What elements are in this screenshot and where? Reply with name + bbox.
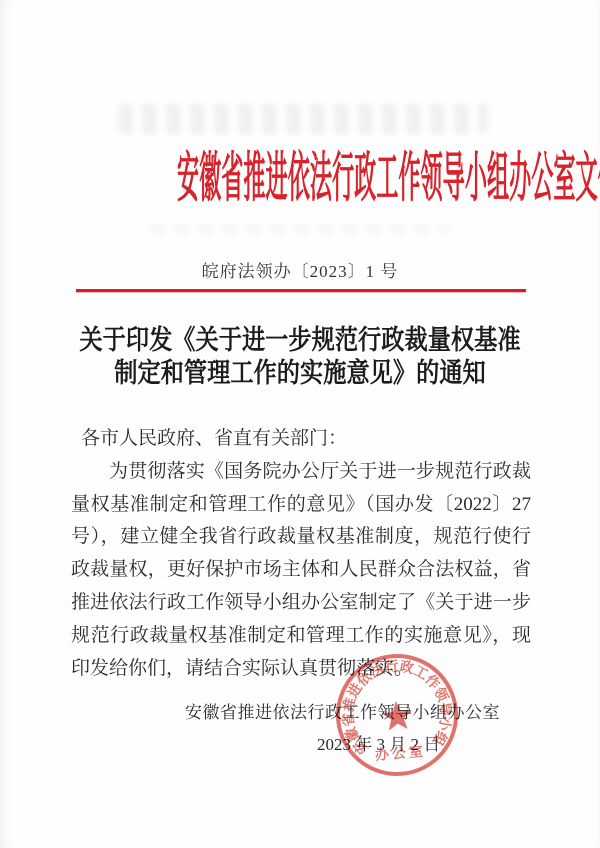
signature-org: 安徽省推进依法行政工作领导小组办公室	[185, 698, 500, 723]
bleedthrough-artifact-top	[118, 104, 488, 134]
salutation: 各市人民政府、省直有关部门：	[81, 423, 531, 456]
bleedthrough-artifact-under-header	[150, 224, 450, 236]
document-body: 各市人民政府、省直有关部门： 为贯彻落实《国务院办公厅关于进一步规范行政裁量权基…	[71, 423, 531, 685]
red-header-org-title: 安徽省推进依法行政工作领导小组办公室文件	[177, 147, 423, 209]
body-paragraph: 为贯彻落实《国务院办公厅关于进一步规范行政裁量权基准制定和管理工作的意见》（国办…	[71, 456, 531, 686]
document-title: 关于印发《关于进一步规范行政裁量权基准 制定和管理工作的实施意见》的通知	[42, 324, 558, 390]
document-title-line1: 关于印发《关于进一步规范行政裁量权基准	[42, 324, 558, 357]
document-number: 皖府法领办〔2023〕1 号	[0, 257, 600, 282]
document-page: 安徽省推进依法行政工作领导小组办公室文件 皖府法领办〔2023〕1 号 关于印发…	[0, 0, 600, 848]
document-title-line2: 制定和管理工作的实施意见》的通知	[42, 357, 558, 390]
signature-date: 2023 年 3 月 2 日	[317, 730, 440, 755]
red-separator-line	[76, 289, 526, 292]
